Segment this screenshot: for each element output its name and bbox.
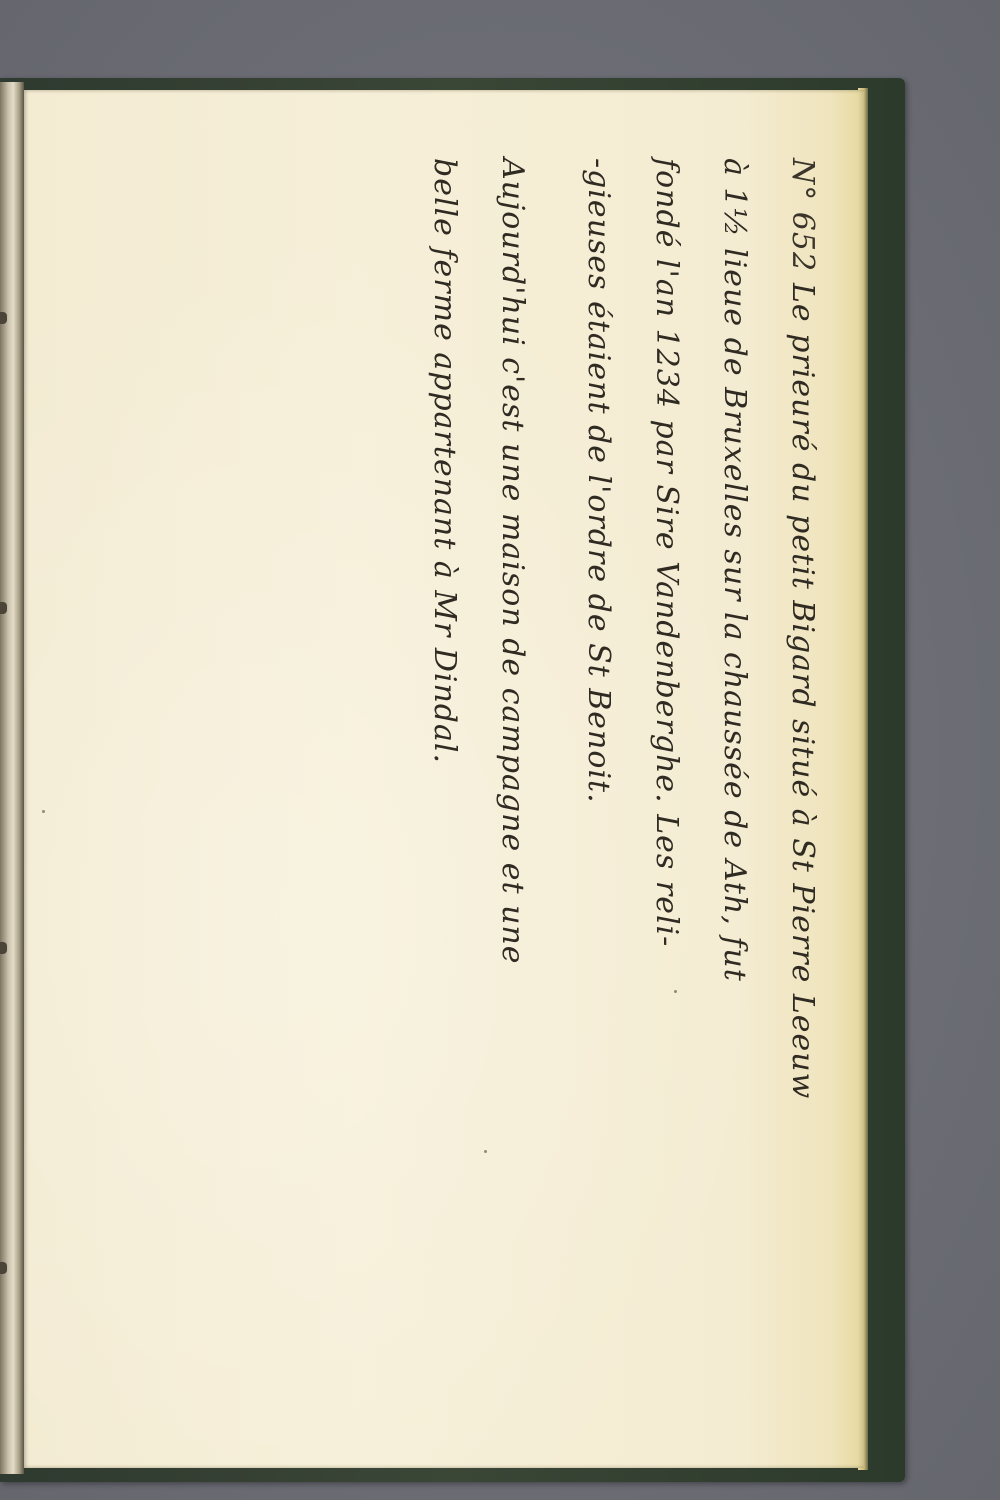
text-line: Aujourd'hui c'est une maison de campagne… [462, 158, 530, 1398]
folio-number: N° 652 [785, 158, 820, 283]
photo-stage: N° 652 Le prieuré du petit Bigard situé … [0, 0, 1000, 1500]
text-line: fondé l'an 1234 par Sire Vandenberghe. L… [616, 158, 684, 1398]
text-line: belle ferme appartenant à Mr Dindal. [394, 158, 462, 1398]
line-text: Aujourd'hui c'est une maison de campagne… [495, 158, 530, 964]
paper-spot [42, 810, 45, 813]
text-line: à 1½ lieue de Bruxelles sur la chaussée … [684, 158, 752, 1398]
binding-notch [0, 312, 7, 324]
line-text: Le prieuré du petit Bigard situé à St Pi… [785, 283, 820, 1099]
line-text: à 1½ lieue de Bruxelles sur la chaussée … [717, 158, 752, 982]
binding-notch [0, 942, 7, 954]
notebook-spine [0, 82, 24, 1474]
line-text: -gieuses étaient de l'ordre de St Benoit… [581, 158, 616, 804]
text-line: N° 652 Le prieuré du petit Bigard situé … [752, 158, 820, 1398]
line-text: belle ferme appartenant à Mr Dindal. [427, 158, 462, 764]
handwritten-text: N° 652 Le prieuré du petit Bigard situé … [394, 158, 820, 1398]
text-line: -gieuses étaient de l'ordre de St Benoit… [548, 158, 616, 1398]
binding-notch [0, 1262, 7, 1274]
binding-notch [0, 602, 7, 614]
line-text: fondé l'an 1234 par Sire Vandenberghe. L… [649, 158, 684, 947]
